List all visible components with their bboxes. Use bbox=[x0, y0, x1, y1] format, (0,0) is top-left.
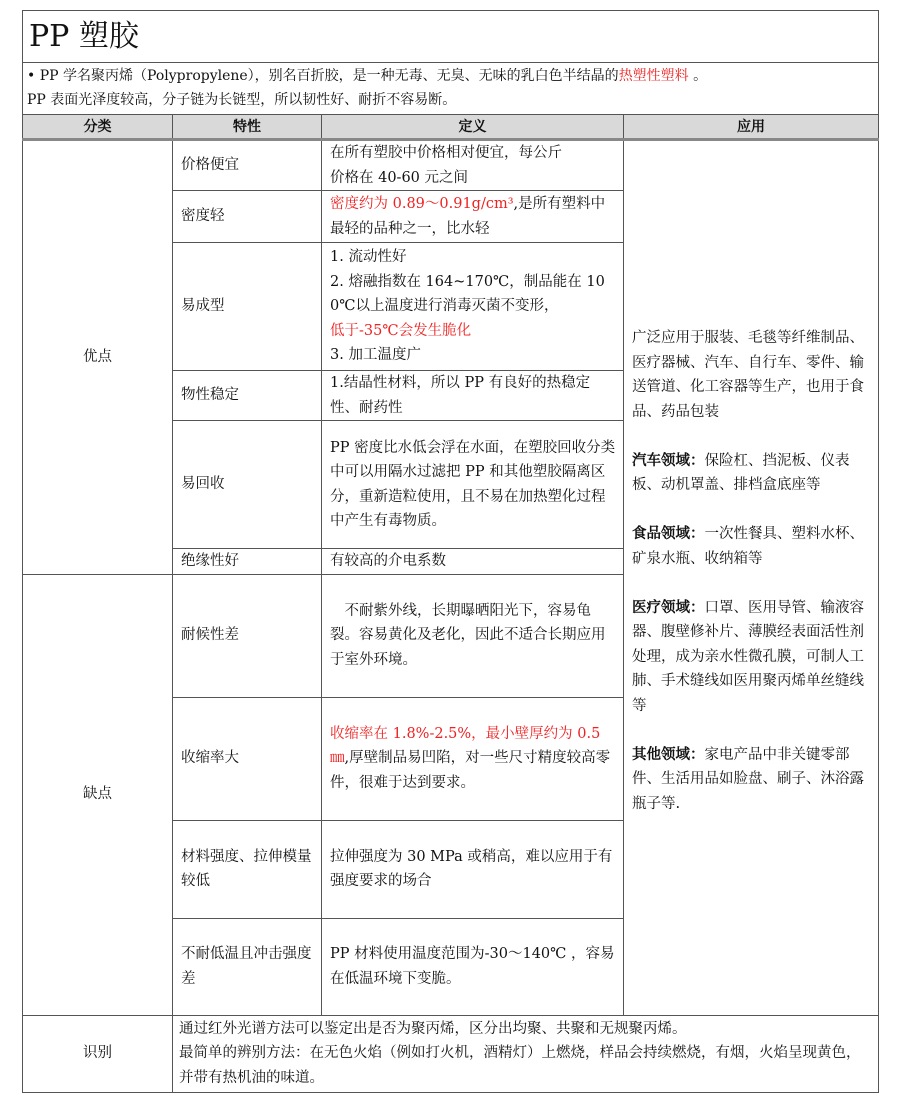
brittle-highlight: 低于-35℃会发生脆化 bbox=[330, 319, 617, 344]
feature-cell: 收缩率大 bbox=[173, 697, 322, 820]
thermoplastic-highlight: 热塑性塑料 bbox=[619, 68, 689, 84]
intro-line-1: • PP 学名聚丙烯（Polypropylene），别名百折胶，是一种无毒、无臭… bbox=[27, 64, 874, 88]
intro-line-1-text: • PP 学名聚丙烯（Polypropylene），别名百折胶，是一种无毒、无臭… bbox=[27, 68, 619, 84]
medical-label: 医疗领域： bbox=[632, 600, 705, 616]
category-identification: 识别 bbox=[23, 1015, 173, 1092]
definition-cell: 1.结晶性材料，所以 PP 有良好的热稳定性、耐药性 bbox=[322, 371, 624, 421]
intro-row: • PP 学名聚丙烯（Polypropylene），别名百折胶，是一种无毒、无臭… bbox=[23, 63, 879, 115]
definition-line: 2. 熔融指数在 164~170℃，制品能在 100℃以上温度进行消毒灭菌不变形… bbox=[330, 270, 617, 319]
page-title: PP 塑胶 bbox=[23, 11, 879, 63]
definition-cell: 拉伸强度为 30 MPa 或稍高，难以应用于有强度要求的场合 bbox=[322, 820, 624, 918]
pp-plastic-table: PP 塑胶 • PP 学名聚丙烯（Polypropylene），别名百折胶，是一… bbox=[22, 10, 879, 1093]
intro-line-2: PP 表面光泽度较高，分子链为长链型，所以韧性好、耐折不容易断。 bbox=[27, 88, 874, 112]
intro-text: • PP 学名聚丙烯（Polypropylene），别名百折胶，是一种无毒、无臭… bbox=[23, 63, 879, 115]
feature-cell: 绝缘性好 bbox=[173, 549, 322, 575]
definition-line: 1. 流动性好 bbox=[330, 245, 617, 270]
feature-cell: 密度轻 bbox=[173, 191, 322, 243]
definition-text: ,厚壁制品易凹陷，对一些尺寸精度较高零件，很难于达到要求。 bbox=[330, 750, 610, 791]
feature-cell: 不耐低温且冲击强度差 bbox=[173, 918, 322, 1015]
applications-food: 食品领域：一次性餐具、塑料水杯、矿泉水瓶、收纳箱等 bbox=[632, 522, 870, 571]
table-row: 优点 价格便宜 在所有塑胶中价格相对便宜，每公斤 价格在 40-60 元之间 广… bbox=[23, 140, 879, 191]
medical-text: 口罩、医用导管、输液容器、腹壁修补片、薄膜经表面活性剂处理，成为亲水性微孔膜，可… bbox=[632, 600, 864, 714]
definition-cell: PP 材料使用温度范围为-30～140℃ ，容易在低温环境下变脆。 bbox=[322, 918, 624, 1015]
title-row: PP 塑胶 bbox=[23, 11, 879, 63]
category-advantages: 优点 bbox=[23, 140, 173, 575]
definition-cell: 收缩率在 1.8%-2.5%，最小壁厚约为 0.5㎜,厚壁制品易凹陷，对一些尺寸… bbox=[322, 697, 624, 820]
density-highlight: 密度约为 0.89～0.91g/cm³ bbox=[330, 196, 514, 212]
header-application: 应用 bbox=[624, 115, 879, 140]
feature-cell: 耐候性差 bbox=[173, 574, 322, 697]
applications-general: 广泛应用于服装、毛毯等纤维制品、医疗器械、汽车、自行车、零件、输送管道、化工容器… bbox=[632, 326, 870, 424]
header-definition: 定义 bbox=[322, 115, 624, 140]
table-header-row: 分类 特性 定义 应用 bbox=[23, 115, 879, 140]
automotive-label: 汽车领域： bbox=[632, 453, 705, 469]
identification-row: 识别 通过红外光谱方法可以鉴定出是否为聚丙烯，区分出均聚、共聚和无规聚丙烯。 最… bbox=[23, 1015, 879, 1092]
feature-cell: 易回收 bbox=[173, 421, 322, 549]
applications-cell: 广泛应用于服装、毛毯等纤维制品、医疗器械、汽车、自行车、零件、输送管道、化工容器… bbox=[624, 140, 879, 1016]
definition-cell: 在所有塑胶中价格相对便宜，每公斤 价格在 40-60 元之间 bbox=[322, 140, 624, 191]
definition-cell: 密度约为 0.89～0.91g/cm³,是所有塑料中最轻的品种之一，比水轻 bbox=[322, 191, 624, 243]
category-disadvantages: 缺点 bbox=[23, 574, 173, 1015]
food-label: 食品领域： bbox=[632, 526, 705, 542]
definition-line: 价格在 40-60 元之间 bbox=[330, 166, 617, 191]
applications-other: 其他领域：家电产品中非关键零部件、生活用品如脸盘、刷子、沐浴露瓶子等. bbox=[632, 743, 870, 817]
feature-cell: 材料强度、拉伸模量较低 bbox=[173, 820, 322, 918]
applications-automotive: 汽车领域：保险杠、挡泥板、仪表板、动机罩盖、排档盒底座等 bbox=[632, 449, 870, 498]
other-label: 其他领域： bbox=[632, 747, 705, 763]
identification-line: 最简单的辨别方法：在无色火焰（例如打火机，酒精灯）上燃烧，样品会持续燃烧，有烟，… bbox=[179, 1041, 872, 1090]
identification-line: 通过红外光谱方法可以鉴定出是否为聚丙烯，区分出均聚、共聚和无规聚丙烯。 bbox=[179, 1017, 872, 1042]
identification-text: 通过红外光谱方法可以鉴定出是否为聚丙烯，区分出均聚、共聚和无规聚丙烯。 最简单的… bbox=[173, 1015, 879, 1092]
definition-line: 3. 加工温度广 bbox=[330, 343, 617, 368]
feature-cell: 物性稳定 bbox=[173, 371, 322, 421]
header-feature: 特性 bbox=[173, 115, 322, 140]
definition-cell: 有较高的介电系数 bbox=[322, 549, 624, 575]
definition-cell: 不耐紫外线，长期曝晒阳光下，容易龟裂。容易黄化及老化，因此不适合长期应用于室外环… bbox=[322, 574, 624, 697]
definition-cell: PP 密度比水低会浮在水面，在塑胶回收分类中可以用隔水过滤把 PP 和其他塑胶隔… bbox=[322, 421, 624, 549]
feature-cell: 价格便宜 bbox=[173, 140, 322, 191]
definition-line: 在所有塑胶中价格相对便宜，每公斤 bbox=[330, 141, 617, 166]
applications-medical: 医疗领域：口罩、医用导管、输液容器、腹壁修补片、薄膜经表面活性剂处理，成为亲水性… bbox=[632, 596, 870, 719]
feature-cell: 易成型 bbox=[173, 243, 322, 371]
header-category: 分类 bbox=[23, 115, 173, 140]
intro-line-1-suffix: 。 bbox=[689, 68, 707, 84]
definition-cell: 1. 流动性好 2. 熔融指数在 164~170℃，制品能在 100℃以上温度进… bbox=[322, 243, 624, 371]
document: PP 塑胶 • PP 学名聚丙烯（Polypropylene），别名百折胶，是一… bbox=[22, 10, 878, 1093]
